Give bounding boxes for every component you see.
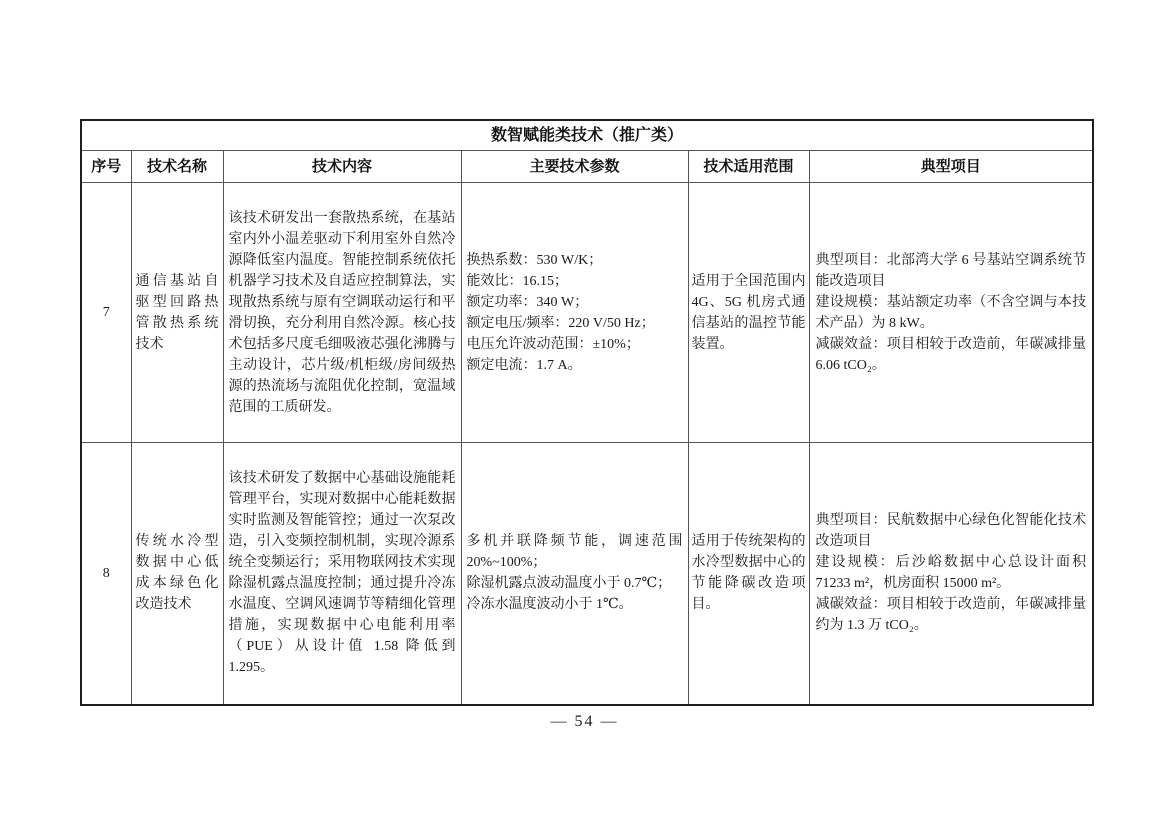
col-header-typical-project: 典型项目 <box>809 151 1093 183</box>
table-header-row: 序号 技术名称 技术内容 主要技术参数 技术适用范围 典型项目 <box>81 151 1093 183</box>
param-line: 冷冻水温度波动小于 1℃。 <box>467 594 683 615</box>
table-row-7: 7 通信基站自驱型回路热管散热系统技术 该技术研发出一套散热系统，在基站室内外小… <box>81 183 1093 443</box>
tech-content: 该技术研发了数据中心基础设施能耗管理平台，实现对数据中心能耗数据实时监测及智能管… <box>223 443 461 705</box>
tech-content: 该技术研发出一套散热系统，在基站室内外小温差驱动下利用室外自然冷源降低室内温度。… <box>223 183 461 443</box>
row-index: 7 <box>81 183 131 443</box>
tech-name: 通信基站自驱型回路热管散热系统技术 <box>131 183 223 443</box>
table-title-row: 数智赋能类技术（推广类） <box>81 120 1093 151</box>
page-number: — 54 — <box>0 713 1169 731</box>
col-header-tech-name: 技术名称 <box>131 151 223 183</box>
tech-scope: 适用于全国范围内4G、5G 机房式通信基站的温控节能装置。 <box>688 183 809 443</box>
project-line: 减碳效益：项目相较于改造前，年碳减排量约为 1.3 万 tCO₂。 <box>816 594 1087 636</box>
project-line: 典型项目：民航数据中心绿色化智能化技术改造项目 <box>816 510 1087 552</box>
param-line: 电压允许波动范围：±10%； <box>467 334 683 355</box>
param-line: 额定电压/频率：220 V/50 Hz； <box>467 313 683 334</box>
col-header-index: 序号 <box>81 151 131 183</box>
document-page: 数智赋能类技术（推广类） 序号 技术名称 技术内容 主要技术参数 技术适用范围 … <box>0 0 1169 826</box>
col-header-main-params: 主要技术参数 <box>461 151 688 183</box>
table-title: 数智赋能类技术（推广类） <box>81 120 1093 151</box>
project-line: 典型项目：北部湾大学 6 号基站空调系统节能改造项目 <box>816 250 1087 292</box>
param-line: 多机并联降频节能，调速范围 20%~100%； <box>467 531 683 573</box>
project-line: 减碳效益：项目相较于改造前，年碳减排量 6.06 tCO₂。 <box>816 334 1087 376</box>
typical-project: 典型项目：民航数据中心绿色化智能化技术改造项目 建设规模：后沙峪数据中心总设计面… <box>809 443 1093 705</box>
project-line: 建设规模：基站额定功率（不含空调与本技术产品）为 8 kW。 <box>816 292 1087 334</box>
col-header-scope: 技术适用范围 <box>688 151 809 183</box>
table-row-8: 8 传统水冷型数据中心低成本绿色化改造技术 该技术研发了数据中心基础设施能耗管理… <box>81 443 1093 705</box>
param-line: 换热系数：530 W/K； <box>467 250 683 271</box>
param-line: 额定功率：340 W； <box>467 292 683 313</box>
col-header-tech-content: 技术内容 <box>223 151 461 183</box>
tech-scope: 适用于传统架构的水冷型数据中心的节能降碳改造项目。 <box>688 443 809 705</box>
row-index: 8 <box>81 443 131 705</box>
param-line: 除湿机露点波动温度小于 0.7℃； <box>467 573 683 594</box>
project-line: 建设规模：后沙峪数据中心总设计面积 71233 m²，机房面积 15000 m²… <box>816 552 1087 594</box>
tech-params: 换热系数：530 W/K； 能效比：16.15； 额定功率：340 W； 额定电… <box>461 183 688 443</box>
typical-project: 典型项目：北部湾大学 6 号基站空调系统节能改造项目 建设规模：基站额定功率（不… <box>809 183 1093 443</box>
param-line: 能效比：16.15； <box>467 271 683 292</box>
tech-params: 多机并联降频节能，调速范围 20%~100%； 除湿机露点波动温度小于 0.7℃… <box>461 443 688 705</box>
tech-table: 数智赋能类技术（推广类） 序号 技术名称 技术内容 主要技术参数 技术适用范围 … <box>80 119 1094 706</box>
param-line: 额定电流：1.7 A。 <box>467 355 683 376</box>
tech-name: 传统水冷型数据中心低成本绿色化改造技术 <box>131 443 223 705</box>
